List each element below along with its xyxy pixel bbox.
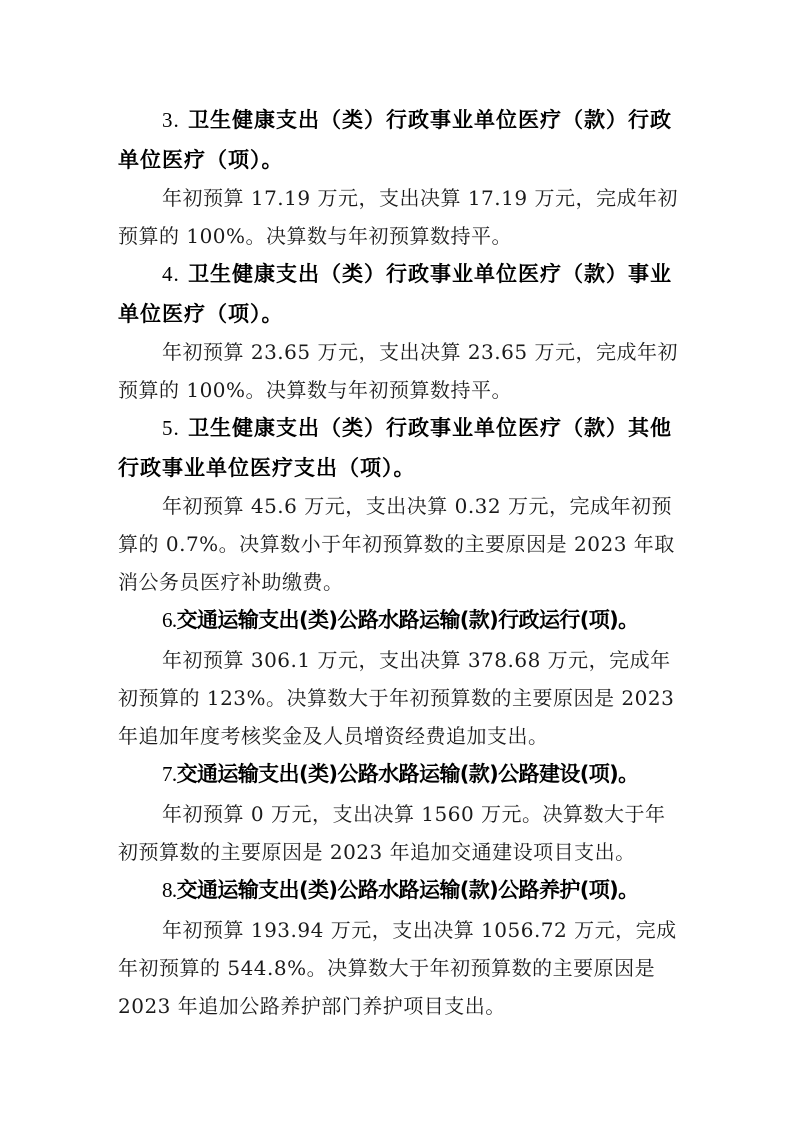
section-number: 6. xyxy=(162,608,177,632)
paragraph-line: 年初预算 45.6 万元，支出决算 0.32 万元，完成年初预 xyxy=(162,492,722,520)
section-heading-continuation: 行政事业单位医疗支出（项）。 xyxy=(118,454,678,482)
section-heading-continuation: 单位医疗（项）。 xyxy=(118,146,678,174)
section-heading-text: 交通运输支出(类)公路水路运输(款)公路养护(项)。 xyxy=(177,878,639,902)
paragraph-line: 2023 年追加公路养护部门养护项目支出。 xyxy=(118,992,678,1020)
paragraph-line: 算的 0.7%。决算数小于年初预算数的主要原因是 2023 年取 xyxy=(118,530,678,558)
paragraph-line: 预算的 100%。决算数与年初预算数持平。 xyxy=(118,376,678,404)
paragraph-line: 消公务员医疗补助缴费。 xyxy=(118,568,678,596)
paragraph-line: 年初预算 0 万元，支出决算 1560 万元。决算数大于年 xyxy=(162,800,722,828)
section-heading: 4. 卫生健康支出（类）行政事业单位医疗（款）事业 xyxy=(162,260,722,288)
section-heading-text: 交通运输支出(类)公路水路运输(款)行政运行(项)。 xyxy=(177,608,639,632)
section-heading-text: 交通运输支出(类)公路水路运输(款)公路建设(项)。 xyxy=(177,762,639,786)
paragraph-line: 初预算的 123%。决算数大于年初预算数的主要原因是 2023 xyxy=(118,684,678,712)
section-number: 8. xyxy=(162,878,177,902)
section-heading: 7.交通运输支出(类)公路水路运输(款)公路建设(项)。 xyxy=(162,760,722,788)
paragraph-line: 年追加年度考核奖金及人员增资经费追加支出。 xyxy=(118,722,678,750)
section-heading-text: 卫生健康支出（类）行政事业单位医疗（款）事业 xyxy=(188,262,672,286)
paragraph-line: 年初预算 17.19 万元，支出决算 17.19 万元，完成年初 xyxy=(162,184,722,212)
section-heading-text: 卫生健康支出（类）行政事业单位医疗（款）其他 xyxy=(188,416,672,440)
section-number: 7. xyxy=(162,762,177,786)
section-number: 4. xyxy=(162,262,180,286)
paragraph-line: 初预算数的主要原因是 2023 年追加交通建设项目支出。 xyxy=(118,838,678,866)
paragraph-line: 年初预算 23.65 万元，支出决算 23.65 万元，完成年初 xyxy=(162,338,722,366)
section-heading: 5. 卫生健康支出（类）行政事业单位医疗（款）其他 xyxy=(162,414,722,442)
section-number: 5. xyxy=(162,416,180,440)
paragraph-line: 年初预算 193.94 万元，支出决算 1056.72 万元，完成 xyxy=(162,916,722,944)
section-heading-text: 卫生健康支出（类）行政事业单位医疗（款）行政 xyxy=(188,108,672,132)
paragraph-line: 年初预算的 544.8%。决算数大于年初预算数的主要原因是 xyxy=(118,954,678,982)
section-heading: 3. 卫生健康支出（类）行政事业单位医疗（款）行政 xyxy=(162,106,722,134)
section-heading: 6.交通运输支出(类)公路水路运输(款)行政运行(项)。 xyxy=(162,606,722,634)
section-heading: 8.交通运输支出(类)公路水路运输(款)公路养护(项)。 xyxy=(162,876,722,904)
section-heading-continuation: 单位医疗（项）。 xyxy=(118,300,678,328)
section-number: 3. xyxy=(162,108,180,132)
document-page: 3. 卫生健康支出（类）行政事业单位医疗（款）行政 单位医疗（项）。 年初预算 … xyxy=(0,0,793,1122)
paragraph-line: 预算的 100%。决算数与年初预算数持平。 xyxy=(118,222,678,250)
paragraph-line: 年初预算 306.1 万元，支出决算 378.68 万元，完成年 xyxy=(162,646,722,674)
